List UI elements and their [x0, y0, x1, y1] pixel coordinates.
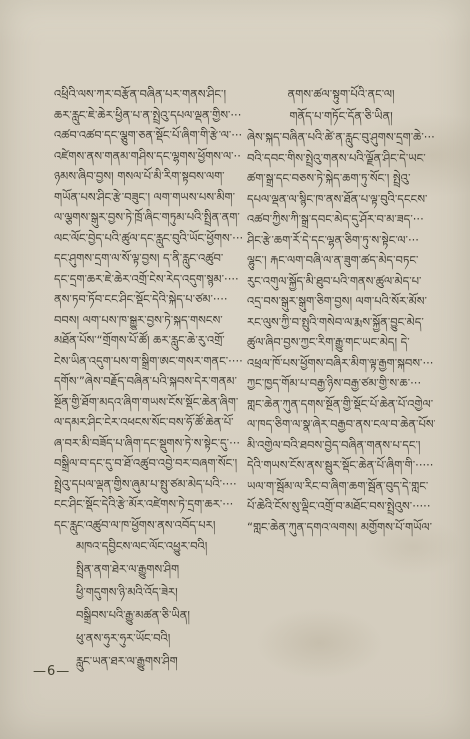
page-number: —6—	[33, 664, 70, 679]
prose-line: མཐོན་པོས་“གྲོགས་པོ་ཚོ། ཆར་རླུང་ཆེ་རུ་འགྲ…	[54, 330, 242, 351]
prose-line: ནས་ཏབ་ཏོབ་ངང་ཤིང་སྡོང་དེའི་སྐེད་པ་ཙམ་···…	[54, 289, 242, 310]
prose-line: དང་རླུང་འཚུབ་ལ་ཁ་ཕྱོགས་ནས་འབོད་པར།	[54, 515, 242, 536]
prose-line: ཞེས་སྐད་བཞིན་པའི་ཚེ་ན་རླུང་བུ་ཤུགས་དྲག་ཆ…	[247, 127, 435, 148]
prose-line: དགོས་”ཞེས་བརྗོད་བཞིན་པའི་སྐབས་དེར་གནམ་	[54, 371, 242, 392]
prose-line: བའི་དབང་གིས་སྤྲེའུ་གནས་པའི་ལྗོན་ཤིང་དེ་ཡ…	[247, 148, 435, 169]
prose-line: ཉམས་ཞིབ་བྱས། གསལ་པོ་མི་རིག་སྟབས་ལག་	[54, 166, 242, 187]
prose-line: ཤིང་རྩེ་ཆག་རོ་དེ་དང་ལྷན་ཅིག་ཏུ་ས་སྟེང་ལ་…	[247, 230, 435, 251]
prose-line: ལང་ལོང་བྱེད་པའི་ཚུལ་དང་རླུང་བུའི་ཡོང་ཕྱོ…	[54, 228, 242, 249]
verse-line: མཁའ་དབྱིངས་ལང་ལོང་འཕྱུར་བའི།	[54, 535, 242, 558]
prose-line: འཛེགས་ནས་གནམ་གཤིས་དང་ལྷགས་ཕྱོགས་ལ་···	[54, 146, 242, 167]
prose-line: པོ་ཆེའི་ངོས་སུ་ལྡིང་འགྲོ་བ་མཐོང་བས་སྤྲེའ…	[247, 496, 435, 517]
prose-line: འཕྲལ་ཁོ་པས་ཕྱོགས་བཞིར་མིག་ལྟ་རྒྱག་སྐབས་·…	[247, 353, 435, 374]
verse-line: སྤྲིན་ནག་ཐེར་ལ་རྒྱུགས་ཤིག	[54, 558, 242, 581]
prose-line: སྔོན་གྱི་ཐོག་མདའ་ཞིག་གཡས་ངོས་སྡོང་ཆེན་ཞི…	[54, 392, 242, 413]
verse-line: ནགས་ཚལ་སྟུག་པོའི་ནང་ལ།	[247, 84, 435, 106]
prose-line: ཆར་རླུང་ཇེ་ཆེར་ཕྱིན་པ་ན་སྤྲེའུ་དཔལ་ལྡན་ག…	[54, 105, 242, 126]
right-column: ནགས་ཚལ་སྟུག་པོའི་ནང་ལ། གནོད་པ་གཏོང་དོན་ཅ…	[247, 84, 435, 537]
prose-line: བབས། ལག་པས་ཁ་སྒྱུར་བྱས་ཏེ་སྐད་གསངས་	[54, 310, 242, 331]
prose-line: མི་འགྱེལ་བའི་ཐབས་བྱེད་བཞིན་གནས་པ་དང་།	[247, 435, 435, 456]
prose-line: ཡལ་ག་སྦོམ་ལ་རིང་བ་ཞིག་ཆག་སྦོན་བུད་དེ་གླང…	[247, 476, 435, 497]
verse-line: བསྒྲིབས་པའི་རྒྱུ་མཚན་ཅི་ཡིན།	[54, 604, 242, 627]
prose-line: ལ་ལྕགས་སྒུར་བྱས་ཏེ་ཁྲོ་ཞིང་གཏུམ་པའི་སྤྲི…	[54, 207, 242, 228]
scanned-page: འཕྲིའི་ལས་ཀར་བརྩོན་བཞིན་པར་གནས་ཤིང་། ཆར་…	[0, 0, 470, 739]
verse-line: ཕྱི་གདུགས་ཉི་མའི་འོད་ཟེར།	[54, 581, 242, 604]
prose-line: རུང་འགུལ་སྐྱོད་མི་ཐུབ་པའི་གནས་ཚུལ་མེད་པ་	[247, 271, 435, 292]
prose-line: འཕྲིའི་ལས་ཀར་བརྩོན་བཞིན་པར་གནས་ཤིང་།	[54, 84, 242, 105]
verse-line: ཕུ་ནས་ཧུར་ཧུར་ཡོང་བའི།	[54, 627, 242, 650]
prose-line: དང་དྲག་ཆར་ཇེ་ཆེར་འགྲོ་ངེས་རེད་འདུག་སྙམ་·…	[54, 269, 242, 290]
prose-line: འཚབ་འཚབ་དང་ལྕུག་ཅན་སྡོང་པོ་ཞིག་གི་རྩེ་ལ་…	[54, 125, 242, 146]
prose-line: ལྷུང་། རྐང་ལག་བཞི་ལ་ན་ཟུག་ཚད་མེད་བཏང་	[247, 250, 435, 271]
prose-line: ངང་ཤིང་སྡོང་དེའི་རྩེ་མོར་འཛེགས་ཏེ་དྲག་ཆར…	[54, 494, 242, 515]
prose-line: ཚག་སྒྲ་དང་བཅས་ཏེ་སྐེད་ཆག་ཏུ་སོང་། སྤྲེའུ…	[247, 168, 435, 189]
prose-line: ལ་ཁད་ཅིག་ལ་སྣ་ཞེར་བརྒྱབ་ནས་ངལ་བ་ཆེན་པོས་	[247, 414, 435, 435]
prose-line: ཚུལ་ཞིབ་བྱས་ཀྱང་རིག་རྒྱུ་གང་ཡང་མེད། དེ་	[247, 332, 435, 353]
prose-line: ལ་དམར་ཤིང་ངེར་འཕངས་སོང་བས་ཧོ་ཚོ་ཆེན་པོ་	[54, 412, 242, 433]
prose-line: དེའི་གཡས་ངོས་ནས་སྦུར་སྡོང་ཆེན་པོ་ཞིག་གི་…	[247, 455, 435, 476]
prose-line: འཚབ་ཀྱིས་ཀི་སྒྲ་དབང་མེད་དུ་ཤོར་བ་མ་ཟད་··…	[247, 209, 435, 230]
prose-line: རང་ལུས་ཀྱི་བ་སྤུའི་གསེབ་ལ་རྨས་སྐྱོན་བྱུང…	[247, 312, 435, 333]
prose-line: ཀྱང་ཁྱད་གོམ་པ་བརྒྱ་ཉིས་བརྒྱ་ཙམ་གྱི་ས་ཆ་·…	[247, 373, 435, 394]
prose-line: སྤྲེའུ་དཔལ་ལྡན་གྱིས་ཞུམ་པ་སྤུ་ཙམ་མེད་པའི…	[54, 474, 242, 495]
prose-line: དང་ཤུགས་དྲག་ལ་སོ་ལྟ་བྱས། ད་ནི་རླུང་འཚུབ་	[54, 248, 242, 269]
prose-line: འདྲ་བས་སྒུར་སྒུག་ཅིག་བྱས། ལག་པའི་སོར་མོས…	[247, 291, 435, 312]
verse-line: རླུང་ཡན་ཐར་ལ་རྒྱུགས་ཤིག	[54, 650, 242, 673]
prose-line: གཡོན་པས་ཤིང་རྩེ་བཟུང་། ལག་གཡས་པས་མིག་	[54, 187, 242, 208]
prose-line: བསྒྲིལ་བ་དང་དུ་བ་ཐོ་འཚུབ་འབྱེ་བར་བཞག་སོང…	[54, 453, 242, 474]
prose-line: དཔལ་ལྡན་ལ་སྙིང་ཁ་ནས་ཐོན་པ་ལྟ་བུའི་དངངས་	[247, 189, 435, 210]
prose-line: གླང་ཆེན་ཀུན་དགས་སྔོན་གྱི་སྡོང་པོ་ཆེན་པོ་…	[247, 394, 435, 415]
verse-line: གནོད་པ་གཏོང་དོན་ཅི་ཡིན།	[247, 106, 435, 128]
left-column: འཕྲིའི་ལས་ཀར་བརྩོན་བཞིན་པར་གནས་ཤིང་། ཆར་…	[54, 84, 242, 673]
prose-line: “གླང་ཆེན་ཀུན་དགའ་ལགས། མགྱོགས་པོ་གཡོལ་	[247, 517, 435, 538]
prose-line: ངེས་ཡིན་འདུག་པས་ག་སྒྲིག་ཨང་གསར་གནང་····	[54, 351, 242, 372]
prose-line: ཞ་བར་མི་བཟོད་པ་ཞིག་དང་སྡུགས་ཏེ་ས་སྟེང་དུ…	[54, 433, 242, 454]
